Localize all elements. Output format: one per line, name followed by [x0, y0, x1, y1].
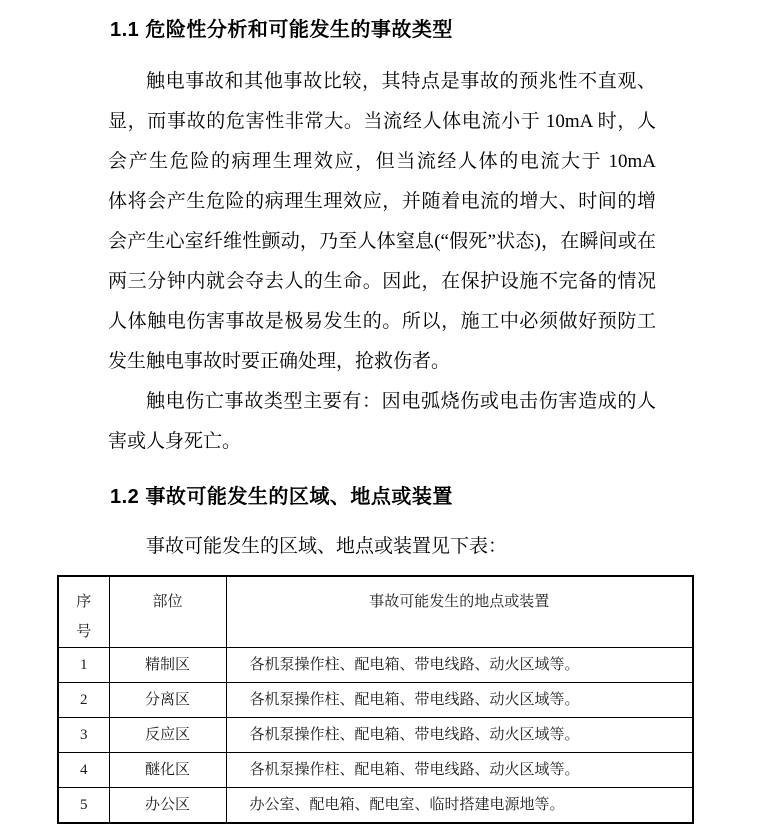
- paragraph-line: 会产生心室纤维性颤动，乃至人体窒息(“假死”状态)，在瞬间或在: [108, 222, 656, 262]
- cell-locations: 各机泵操作柱、配电箱、带电线路、动火区域等。: [226, 648, 693, 683]
- cell-no: 1: [58, 648, 109, 683]
- table-header-row: 序号 部位 事故可能发生的地点或装置: [58, 576, 693, 648]
- document-page: 1.1 危险性分析和可能发生的事故类型 触电事故和其他事故比较，其特点是事故的预…: [0, 0, 760, 824]
- cell-area: 精制区: [109, 648, 226, 683]
- table-row: 4 醚化区 各机泵操作柱、配电箱、带电线路、动火区域等。: [58, 753, 693, 788]
- paragraph-line: 触电事故和其他事故比较，其特点是事故的预兆性不直观、不明: [108, 62, 656, 102]
- paragraph-line: 体将会产生危险的病理生理效应，并随着电流的增大、时间的增长将: [108, 182, 656, 222]
- paragraph-line: 触电伤亡事故类型主要有：因电弧烧伤或电击伤害造成的人身伤: [108, 382, 656, 422]
- cell-locations: 办公室、配电箱、配电室、临时搭建电源地等。: [226, 788, 693, 823]
- section-1-1-heading: 1.1 危险性分析和可能发生的事故类型: [110, 13, 453, 42]
- paragraph-accident-types: 触电伤亡事故类型主要有：因电弧烧伤或电击伤害造成的人身伤 害或人身死亡。: [108, 382, 656, 462]
- table-row: 3 反应区 各机泵操作柱、配电箱、带电线路、动火区域等。: [58, 718, 693, 753]
- table-row: 5 办公区 办公室、配电箱、配电室、临时搭建电源地等。: [58, 788, 693, 823]
- cell-no: 4: [58, 753, 109, 788]
- section-1-2-heading: 1.2 事故可能发生的区域、地点或装置: [110, 480, 453, 509]
- table-row: 2 分离区 各机泵操作柱、配电箱、带电线路、动火区域等。: [58, 683, 693, 718]
- paragraph-line: 害或人身死亡。: [108, 422, 656, 462]
- paragraph-line: 显，而事故的危害性非常大。当流经人体电流小于 10mA 时，人体不: [108, 102, 656, 142]
- paragraph-line: 人体触电伤害事故是极易发生的。所以，施工中必须做好预防工作，: [108, 302, 656, 342]
- accident-location-table: 序号 部位 事故可能发生的地点或装置 1 精制区 各机泵操作柱、配电箱、带电线路…: [57, 575, 694, 824]
- col-header-locations: 事故可能发生的地点或装置: [226, 576, 693, 648]
- paragraph-line: 两三分钟内就会夺去人的生命。因此，在保护设施不完备的情况下，: [108, 262, 656, 302]
- cell-area: 反应区: [109, 718, 226, 753]
- col-header-area: 部位: [109, 576, 226, 648]
- cell-locations: 各机泵操作柱、配电箱、带电线路、动火区域等。: [226, 683, 693, 718]
- cell-area: 分离区: [109, 683, 226, 718]
- cell-locations: 各机泵操作柱、配电箱、带电线路、动火区域等。: [226, 718, 693, 753]
- col-header-no-label: 序号: [75, 587, 92, 647]
- table-row: 1 精制区 各机泵操作柱、配电箱、带电线路、动火区域等。: [58, 648, 693, 683]
- table-intro-text: 事故可能发生的区域、地点或装置见下表：: [108, 533, 656, 560]
- cell-no: 3: [58, 718, 109, 753]
- paragraph-electric-shock: 触电事故和其他事故比较，其特点是事故的预兆性不直观、不明 显，而事故的危害性非常…: [108, 62, 656, 382]
- cell-locations: 各机泵操作柱、配电箱、带电线路、动火区域等。: [226, 753, 693, 788]
- cell-no: 5: [58, 788, 109, 823]
- col-header-no: 序号: [58, 576, 109, 648]
- paragraph-line: 发生触电事故时要正确处理，抢救伤者。: [108, 342, 656, 382]
- paragraph-line: 会产生危险的病理生理效应，但当流经人体的电流大于 10mA 时，人: [108, 142, 656, 182]
- cell-area: 办公区: [109, 788, 226, 823]
- cell-no: 2: [58, 683, 109, 718]
- cell-area: 醚化区: [109, 753, 226, 788]
